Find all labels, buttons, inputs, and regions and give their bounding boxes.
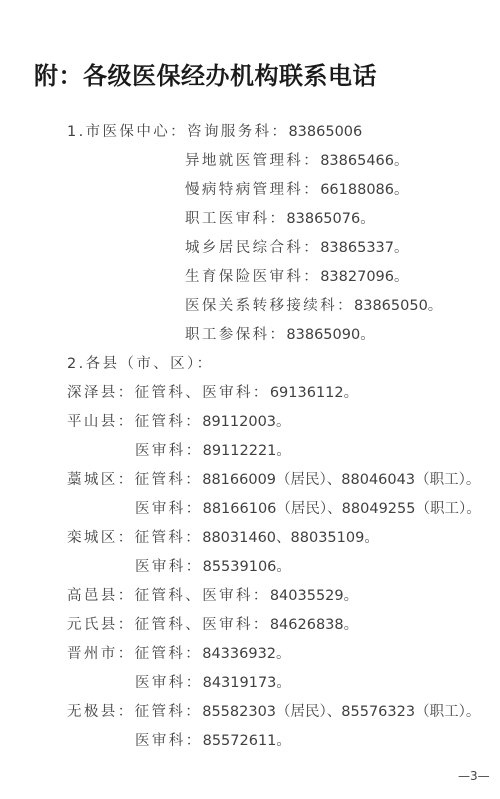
section1-row: 职工医审科：83865076。 <box>185 207 375 228</box>
county-row: 医审科：84319173。 <box>135 671 291 692</box>
dept-label: 医审科： <box>135 733 203 749</box>
phone-number: 83865090。 <box>286 327 374 343</box>
phone-number: 84626838。 <box>270 617 358 633</box>
county-row: 深泽县：征管科、医审科：69136112。 <box>67 381 358 402</box>
county-row: 晋州市：征管科：84336932。 <box>67 642 291 663</box>
dept-label: 异地就医管理科： <box>185 153 320 169</box>
phone-number: 84336932。 <box>202 646 290 662</box>
dept-label: 征管科： <box>135 530 203 546</box>
phone-number: 66188086。 <box>320 182 408 198</box>
county-label: 无极县： <box>67 704 135 720</box>
phone-number: 85572611。 <box>203 733 291 749</box>
dept-label: 生育保险医审科： <box>185 269 320 285</box>
phone-number: 88166009（居民）、88046043（职工）。 <box>202 472 480 488</box>
county-row: 医审科：85539106。 <box>135 555 291 576</box>
dept-label: 征管科： <box>135 472 203 488</box>
section1-row: 慢病特病管理科：66188086。 <box>185 178 409 199</box>
dept-label: 医审科： <box>135 675 203 691</box>
dept-label: 征管科、医审科： <box>135 617 270 633</box>
phone-number: 83865076。 <box>286 211 374 227</box>
phone-number: 89112003。 <box>202 414 290 430</box>
phone-number: 85539106。 <box>203 559 291 575</box>
county-label: 高邑县： <box>67 588 135 604</box>
dept-label: 医保关系转移接续科： <box>185 298 354 314</box>
dept-label: 慢病特病管理科： <box>185 182 320 198</box>
section1-row: 城乡居民综合科：83865337。 <box>185 236 409 257</box>
county-row: 医审科：88166106（居民）、88049255（职工）。 <box>135 497 481 518</box>
dept-label: 征管科、医审科： <box>135 385 270 401</box>
section1-row: 1.市医保中心：咨询服务科：83865006 <box>67 120 362 141</box>
phone-number: 85582303（居民）、85576323（职工）。 <box>202 704 480 720</box>
county-row: 平山县：征管科：89112003。 <box>67 410 291 431</box>
county-label: 深泽县： <box>67 385 135 401</box>
phone-number: 83865337。 <box>320 240 408 256</box>
county-label: 元氏县： <box>67 617 135 633</box>
county-row: 高邑县：征管科、医审科：84035529。 <box>67 584 358 605</box>
section1-row: 医保关系转移接续科：83865050。 <box>185 294 442 315</box>
section1-row: 异地就医管理科：83865466。 <box>185 149 409 170</box>
phone-number: 83865006 <box>288 124 362 140</box>
page-title: 附：各级医保经办机构联系电话 <box>34 56 377 91</box>
county-label: 平山县： <box>67 414 135 430</box>
page-number: —3— <box>458 769 490 783</box>
dept-label: 征管科： <box>135 414 203 430</box>
dept-label: 征管科： <box>135 704 203 720</box>
phone-number: 89112221。 <box>203 443 291 459</box>
dept-label: 医审科： <box>135 443 203 459</box>
county-label: 栾城区： <box>67 530 135 546</box>
phone-number: 83865050。 <box>354 298 442 314</box>
dept-label: 征管科： <box>135 646 203 662</box>
section1-heading: 1.市医保中心： <box>67 124 187 140</box>
dept-label: 医审科： <box>135 559 203 575</box>
dept-label: 职工参保科： <box>185 327 286 343</box>
county-row: 藁城区：征管科：88166009（居民）、88046043（职工）。 <box>67 468 480 489</box>
phone-number: 88031460、88035109。 <box>202 530 379 546</box>
phone-number: 83827096。 <box>320 269 408 285</box>
phone-number: 83865466。 <box>320 153 408 169</box>
phone-number: 84319173。 <box>203 675 291 691</box>
county-label: 晋州市： <box>67 646 135 662</box>
county-row: 无极县：征管科：85582303（居民）、85576323（职工）。 <box>67 700 480 721</box>
county-row: 医审科：85572611。 <box>135 729 291 750</box>
county-row: 医审科：89112221。 <box>135 439 291 460</box>
dept-label: 咨询服务科： <box>187 124 288 140</box>
dept-label: 医审科： <box>135 501 203 517</box>
dept-label: 征管科、医审科： <box>135 588 270 604</box>
section2-heading: 2.各县（市、区）： <box>67 352 214 373</box>
dept-label: 城乡居民综合科： <box>185 240 320 256</box>
county-row: 栾城区：征管科：88031460、88035109。 <box>67 526 379 547</box>
county-row: 元氏县：征管科、医审科：84626838。 <box>67 613 358 634</box>
county-label: 藁城区： <box>67 472 135 488</box>
section1-row: 生育保险医审科：83827096。 <box>185 265 409 286</box>
phone-number: 84035529。 <box>270 588 358 604</box>
phone-number: 69136112。 <box>270 385 358 401</box>
section1-row: 职工参保科：83865090。 <box>185 323 375 344</box>
dept-label: 职工医审科： <box>185 211 286 227</box>
phone-number: 88166106（居民）、88049255（职工）。 <box>203 501 481 517</box>
